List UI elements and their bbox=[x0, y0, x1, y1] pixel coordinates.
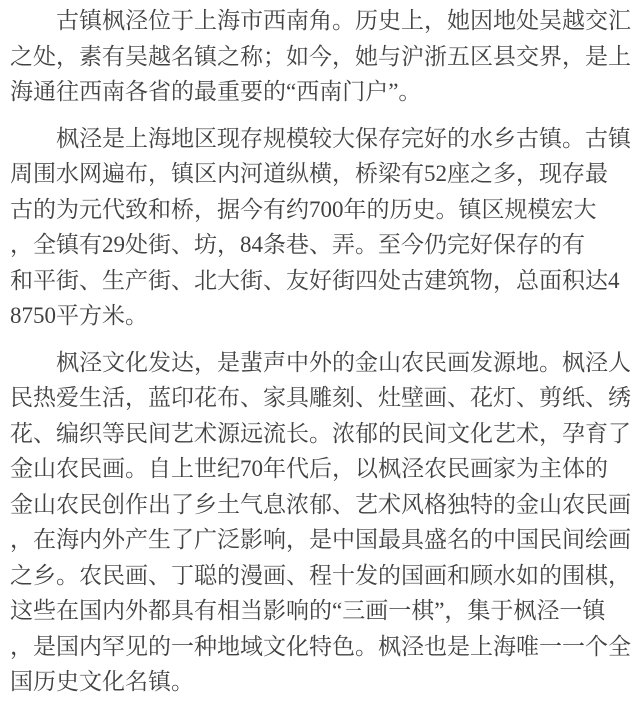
text-line: 这些在国内外都具有相当影响的“三画一棋”，集于枫泾一镇 bbox=[10, 593, 632, 629]
paragraph-town-scale: 枫泾是上海地区现存规模较大保存完好的水乡古镇。古镇 周围水网遍布，镇区内河道纵横… bbox=[10, 121, 632, 334]
text-line: 金山农民画。自上世纪70年代后，以枫泾农民画家为主体的 bbox=[10, 451, 632, 487]
text-line: ，在海内外产生了广泛影响，是中国最具盛名的中国民间绘画 bbox=[10, 522, 632, 558]
text-line: 之处，素有吴越名镇之称；如今，她与沪浙五区县交界，是上 bbox=[10, 39, 632, 75]
text-line: 之乡。农民画、丁聪的漫画、程十发的国画和顾水如的围棋， bbox=[10, 558, 632, 594]
text-line: 8750平方米。 bbox=[10, 298, 632, 334]
text-line: 枫泾是上海地区现存规模较大保存完好的水乡古镇。古镇 bbox=[10, 121, 632, 157]
text-line: 古的为元代致和桥，据今有约700年的历史。镇区规模宏大 bbox=[10, 192, 632, 228]
paragraph-culture: 枫泾文化发达，是蜚声中外的金山农民画发源地。枫泾人 民热爱生活，蓝印花布、家具雕… bbox=[10, 345, 632, 700]
document-page: 古镇枫泾位于上海市西南角。历史上，她因地处吴越交汇 之处，素有吴越名镇之称；如今… bbox=[0, 0, 640, 701]
text-line: 枫泾文化发达，是蜚声中外的金山农民画发源地。枫泾人 bbox=[10, 345, 632, 381]
text-line: 花、编织等民间艺术源远流长。浓郁的民间文化艺术，孕育了 bbox=[10, 416, 632, 452]
text-line: 周围水网遍布，镇区内河道纵横，桥梁有52座之多，现存最 bbox=[10, 156, 632, 192]
text-line: 民热爱生活，蓝印花布、家具雕刻、灶壁画、花灯、剪纸、绣 bbox=[10, 380, 632, 416]
text-line: 古镇枫泾位于上海市西南角。历史上，她因地处吴越交汇 bbox=[10, 3, 632, 39]
paragraph-intro: 古镇枫泾位于上海市西南角。历史上，她因地处吴越交汇 之处，素有吴越名镇之称；如今… bbox=[10, 3, 632, 110]
text-line: ，全镇有29处街、坊，84条巷、弄。至今仍完好保存的有 bbox=[10, 227, 632, 263]
text-line: ，是国内罕见的一种地域文化特色。枫泾也是上海唯一一个全 bbox=[10, 629, 632, 665]
text-line: 国历史文化名镇。 bbox=[10, 664, 632, 700]
text-line: 和平街、生产街、北大街、友好街四处古建筑物，总面积达4 bbox=[10, 263, 632, 299]
text-line: 海通往西南各省的最重要的“西南门户”。 bbox=[10, 74, 632, 110]
text-line: 金山农民创作出了乡土气息浓郁、艺术风格独特的金山农民画 bbox=[10, 487, 632, 523]
